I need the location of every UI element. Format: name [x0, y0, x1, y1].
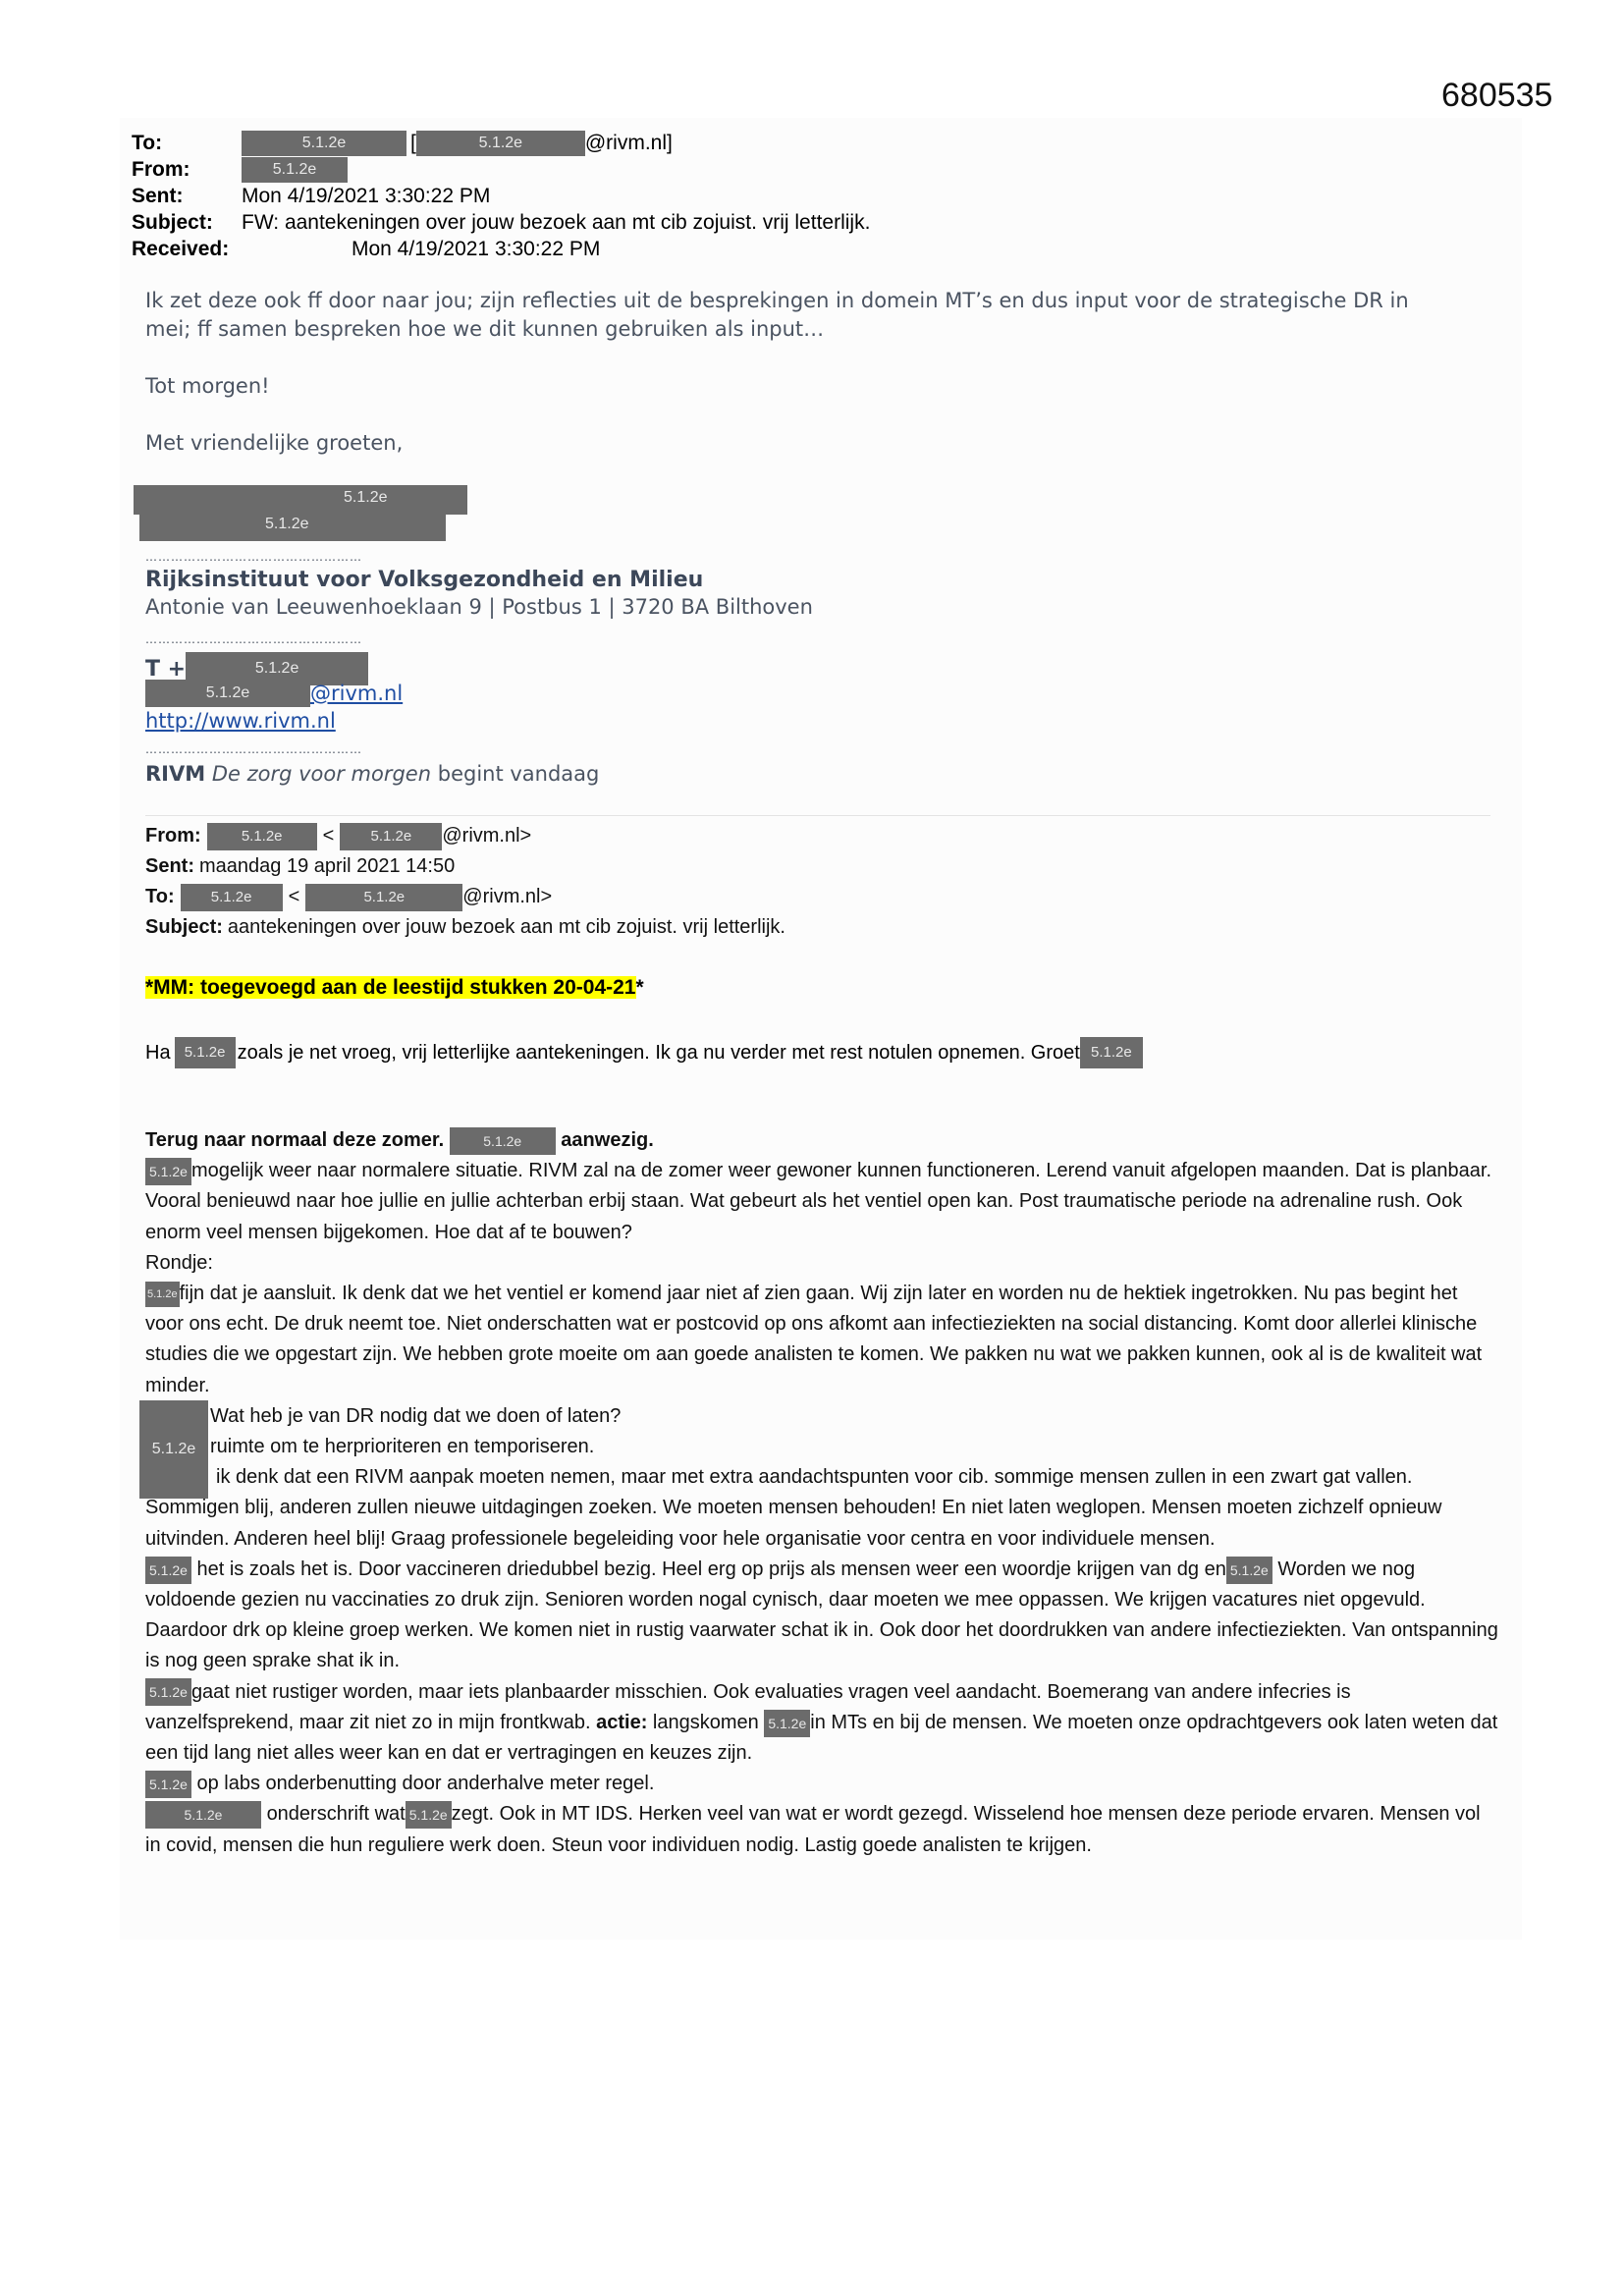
notes-question: Wat heb je van DR nodig dat we doen of l…: [145, 1401, 1500, 1432]
redaction: 5.1.2e: [181, 884, 283, 911]
note-highlight: *MM: toegevoegd aan de leestijd stukken …: [145, 976, 636, 999]
redaction: 5.1.2e: [145, 1557, 191, 1584]
divider-dots: ……………………………………………: [145, 550, 362, 564]
tagline-italic: De zorg voor morgen: [212, 762, 431, 786]
intro-paragraph: Met vriendelijke groeten,: [145, 429, 1422, 458]
redaction: 5.1.2e: [242, 131, 406, 156]
fwd-sent-label: Sent:: [145, 851, 194, 882]
document-id: 680535: [1441, 77, 1552, 115]
fwd-from-label: From:: [145, 821, 201, 851]
outer-email-header: To: 5.1.2e [ 5.1.2e @rivm.nl] From: 5.1.…: [132, 130, 870, 262]
redaction: 5.1.2e: [145, 1158, 191, 1185]
redaction: 5.1.2e: [207, 823, 317, 850]
fwd-from-domain: @rivm.nl>: [442, 821, 531, 851]
sent-row: Sent: Mon 4/19/2021 3:30:22 PM: [132, 183, 870, 209]
from-label: From:: [132, 156, 242, 183]
greeting-text: zoals je net vroeg, vrij letterlijke aan…: [238, 1042, 1080, 1065]
forwarded-header: From: 5.1.2e < 5.1.2e @rivm.nl> Sent: ma…: [145, 821, 785, 943]
greeting-line: Ha 5.1.2e zoals je net vroeg, vrij lette…: [145, 1037, 1143, 1068]
fwd-to-row: To: 5.1.2e < 5.1.2e @rivm.nl>: [145, 882, 785, 912]
redaction: 5.1.2e: [340, 823, 442, 850]
notes-paragraph: 5.1.2e het is zoals het is. Door vaccine…: [145, 1555, 1500, 1677]
notes-paragraph: ik denk dat een RIVM aanpak moeten nemen…: [145, 1462, 1500, 1555]
greeting-prefix: Ha: [145, 1042, 171, 1065]
redaction: 5.1.2e: [305, 884, 462, 911]
received-label: Received:: [132, 236, 352, 262]
redaction: 5.1.2e: [1226, 1557, 1272, 1584]
organization-address: Antonie van Leeuwenhoeklaan 9 | Postbus …: [145, 595, 813, 619]
redaction: 5.1.2e: [450, 1127, 556, 1155]
fwd-from-row: From: 5.1.2e < 5.1.2e @rivm.nl>: [145, 821, 785, 851]
email-row: 5.1.2e @rivm.nl: [145, 680, 403, 707]
intro-paragraph: Ik zet deze ook ff door naar jou; zijn r…: [145, 287, 1422, 344]
website-row: http://www.rivm.nl: [145, 709, 336, 733]
redaction: 5.1.2e: [416, 131, 585, 156]
from-row: From: 5.1.2e: [132, 156, 870, 183]
tel-prefix: T +: [145, 657, 186, 682]
intro-paragraph: Tot morgen!: [145, 372, 1422, 401]
notes-answer: ruimte om te herprioriteren en temporise…: [145, 1432, 1500, 1462]
meeting-notes: Terug naar normaal deze zomer. 5.1.2e aa…: [145, 1125, 1500, 1861]
divider-dots: ……………………………………………: [145, 742, 362, 756]
fwd-to-domain: @rivm.nl>: [462, 882, 552, 912]
tagline-brand: RIVM: [145, 762, 205, 786]
fwd-subject-label: Subject:: [145, 912, 223, 943]
notes-heading: Terug naar normaal deze zomer. 5.1.2e aa…: [145, 1125, 1500, 1156]
note-asterisk: *: [636, 976, 644, 999]
fwd-to-label: To:: [145, 882, 175, 912]
redaction: 5.1.2e: [175, 1037, 236, 1068]
to-row: To: 5.1.2e [ 5.1.2e @rivm.nl]: [132, 130, 870, 156]
fwd-subject-row: Subject: aantekeningen over jouw bezoek …: [145, 912, 785, 943]
redaction: 5.1.2e: [139, 510, 446, 541]
website-link[interactable]: http://www.rivm.nl: [145, 709, 336, 733]
redaction: 5.1.2e: [145, 1801, 261, 1829]
redaction: 5.1.2e: [1080, 1037, 1143, 1068]
angle-bracket: <: [289, 882, 300, 912]
subject-row: Subject: FW: aantekeningen over jouw bez…: [132, 209, 870, 236]
notes-paragraph: 5.1.2emogelijk weer naar normalere situa…: [145, 1156, 1500, 1248]
notes-paragraph: 5.1.2efijn dat je aansluit. Ik denk dat …: [145, 1279, 1500, 1401]
redaction: 5.1.2e: [145, 1771, 191, 1798]
received-value: Mon 4/19/2021 3:30:22 PM: [352, 236, 600, 262]
redaction: 5.1.2e: [145, 1282, 180, 1307]
highlighted-note: *MM: toegevoegd aan de leestijd stukken …: [145, 976, 644, 1000]
received-row: Received: Mon 4/19/2021 3:30:22 PM: [132, 236, 870, 262]
fwd-sent-row: Sent: maandag 19 april 2021 14:50: [145, 851, 785, 882]
divider-dots: ……………………………………………: [145, 632, 362, 646]
to-domain: @rivm.nl]: [585, 130, 673, 156]
notes-paragraph: 5.1.2e op labs onderbenutting door ander…: [145, 1769, 1500, 1799]
organization-name: Rijksinstituut voor Volksgezondheid en M…: [145, 568, 703, 592]
subject-value: FW: aantekeningen over jouw bezoek aan m…: [242, 209, 870, 236]
redaction: 5.1.2e: [406, 1801, 452, 1829]
sent-label: Sent:: [132, 183, 242, 209]
tagline: RIVM De zorg voor morgen begint vandaag: [145, 762, 599, 786]
separator-line: [145, 815, 1490, 816]
redaction: 5.1.2e: [764, 1710, 810, 1737]
redaction: 5.1.2e: [145, 680, 310, 707]
fwd-sent-value: maandag 19 april 2021 14:50: [199, 851, 455, 882]
redaction: 5.1.2e: [242, 157, 348, 183]
fwd-subject-value: aantekeningen over jouw bezoek aan mt ci…: [228, 912, 785, 943]
sent-value: Mon 4/19/2021 3:30:22 PM: [242, 183, 490, 209]
email-link[interactable]: @rivm.nl: [310, 682, 403, 705]
notes-paragraph: 5.1.2e onderschrift wat5.1.2ezegt. Ook i…: [145, 1799, 1500, 1860]
tagline-rest: begint vandaag: [438, 762, 600, 786]
redaction: 5.1.2e: [145, 1678, 191, 1706]
intro-message: Ik zet deze ook ff door naar jou; zijn r…: [145, 287, 1422, 458]
notes-paragraph: 5.1.2egaat niet rustiger worden, maar ie…: [145, 1677, 1500, 1770]
to-label: To:: [132, 130, 242, 156]
angle-bracket: <: [323, 821, 335, 851]
notes-rondje: Rondje:: [145, 1248, 1500, 1279]
subject-label: Subject:: [132, 209, 242, 236]
